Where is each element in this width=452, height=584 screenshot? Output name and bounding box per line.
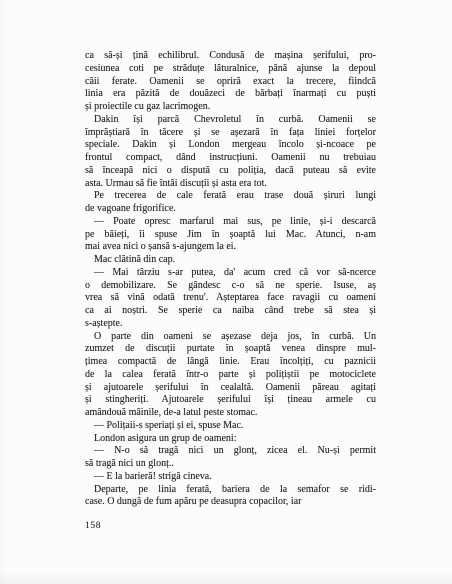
text-line: să tragă nici un glonț.. xyxy=(85,458,376,471)
text-line: mai avea nici o șansă s-ajungem la ei. xyxy=(85,241,376,254)
text-line: zumzet de discuții purtate în șoaptă ven… xyxy=(85,343,376,356)
text-line: și stingheriți. Ajutoarele șerifului își… xyxy=(85,394,376,407)
paragraph: — N-o să tragă nici un glonț, zicea el. … xyxy=(85,445,376,471)
text-line: Departe, pe linia ferată, bariera de la … xyxy=(85,484,376,497)
paragraph: — Poate opresc marfarul mai sus, pe lini… xyxy=(85,216,376,254)
text-line: — E la barieră! strigă cineva. xyxy=(85,471,376,484)
text-line: — Poate opresc marfarul mai sus, pe lini… xyxy=(85,216,376,229)
page-number: 158 xyxy=(85,521,101,531)
paragraph: O parte din oameni se așezase deja jos, … xyxy=(85,331,376,420)
paragraph: ca să-și țină echilibrul. Condusă de maș… xyxy=(85,50,376,114)
paragraph: Dakin își parcă Chevroletul în curbă. Oa… xyxy=(85,114,376,191)
text-line: Pe trecerea de cale ferată erau trase do… xyxy=(85,190,376,203)
book-page: { "page": { "number": "158", "paper_colo… xyxy=(0,0,452,584)
paragraph: — Polițaii-s speriați și ei, spuse Mac. xyxy=(85,420,376,433)
text-line: — N-o să tragă nici un glonț, zicea el. … xyxy=(85,445,376,458)
text-line: amândouă mâinile, de-a latul peste stoma… xyxy=(85,407,376,420)
paragraph: Pe trecerea de cale ferată erau trase do… xyxy=(85,190,376,216)
text-line: speciale. Dakin și London mergeau încolo… xyxy=(85,139,376,152)
text-line: să înceapă nici o dispută cu poliția, da… xyxy=(85,165,376,178)
paragraph: Mac clătină din cap. xyxy=(85,254,376,267)
text-line: o demobilizare. Se gândesc c-o să ne spe… xyxy=(85,280,376,293)
text-line: s-aștepte. xyxy=(85,318,376,331)
text-line: asta. Urmau să fie întâi discuții și ast… xyxy=(85,178,376,191)
text-line: linia era păzită de douăzeci de bărbați … xyxy=(85,88,376,101)
text-line: împrăștiară în tăcere și se așezară în f… xyxy=(85,127,376,140)
paragraph: London asigura un grup de oameni: xyxy=(85,433,376,446)
paragraph: — E la barieră! strigă cineva. xyxy=(85,471,376,484)
text-line: și proiectile cu gaz lacrimogen. xyxy=(85,101,376,114)
text-line: de la calea ferată într-o parte și poliț… xyxy=(85,369,376,382)
text-line: și ajutoarele șerifului în cealaltă. Oam… xyxy=(85,382,376,395)
text-line: frontul compact, dând instrucțiuni. Oame… xyxy=(85,152,376,165)
text-line: Mac clătină din cap. xyxy=(85,254,376,267)
paragraph: Departe, pe linia ferată, bariera de la … xyxy=(85,484,376,510)
text-line: Dakin își parcă Chevroletul în curbă. Oa… xyxy=(85,114,376,127)
text-line: London asigura un grup de oameni: xyxy=(85,433,376,446)
text-line: țimea compactă de lângă linie. Erau înco… xyxy=(85,356,376,369)
text-line: — Mai târziu s-ar putea, da' acum cred c… xyxy=(85,267,376,280)
text-line: — Polițaii-s speriați și ei, spuse Mac. xyxy=(85,420,376,433)
text-line: ca ai noștri. Se sperie ca naiba când tr… xyxy=(85,305,376,318)
text-line: căii ferate. Oamenii se opriră exact la … xyxy=(85,76,376,89)
text-line: vrea să vină odată trenu'. Așteptarea fa… xyxy=(85,292,376,305)
text-line: de vagoane frigorifice. xyxy=(85,203,376,216)
text-line: ca să-și țină echilibrul. Condusă de maș… xyxy=(85,50,376,63)
paragraph: — Mai târziu s-ar putea, da' acum cred c… xyxy=(85,267,376,331)
text-line: pe băieți, îi spuse Jim în șoaptă lui Ma… xyxy=(85,229,376,242)
text-line: case. O dungă de fum apăru pe deasupra c… xyxy=(85,496,376,509)
text-line: cesiunea coti pe străduțe lăturalnice, p… xyxy=(85,63,376,76)
page-text: ca să-și țină echilibrul. Condusă de maș… xyxy=(85,50,376,509)
text-line: O parte din oameni se așezase deja jos, … xyxy=(85,331,376,344)
